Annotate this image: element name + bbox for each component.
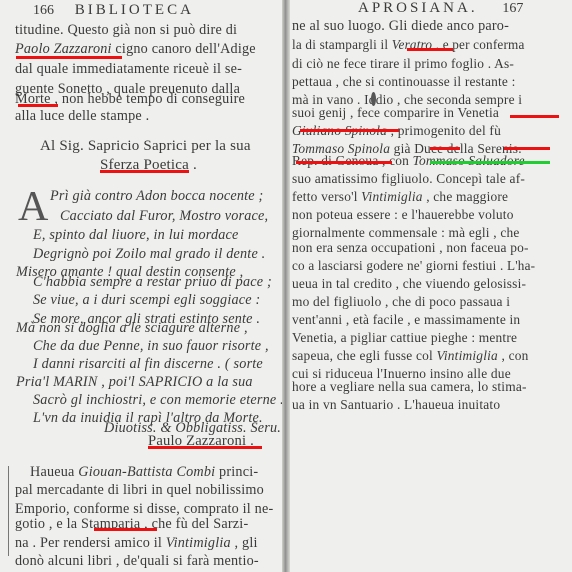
text-line: non era senza occupationi , non faceua p… bbox=[292, 239, 529, 256]
underline-annotation bbox=[100, 170, 189, 173]
sonnet-line: C'habbia sempre a restar priuo di pace ; bbox=[33, 274, 272, 291]
left-page: 166 BIBLIOTECA titudine. Questo già non … bbox=[0, 0, 282, 572]
underline-annotation bbox=[296, 161, 392, 164]
underline-annotation bbox=[504, 147, 550, 150]
text-line: hore a vegliare nella sua camera, lo sti… bbox=[292, 378, 527, 395]
running-head-left: 166 BIBLIOTECA bbox=[33, 2, 194, 19]
sonnet-line: I danni risarciti al fin discerne . ( so… bbox=[33, 356, 263, 373]
underline-annotation bbox=[407, 48, 453, 51]
text-line: pal mercadante di libri in quel nobiliss… bbox=[15, 482, 264, 499]
text-line: non poteua essere : e l'hauerebbe voluto bbox=[292, 206, 514, 223]
text-line: Haueua Giouan-Battista Combi princi- bbox=[30, 464, 258, 481]
sonnet-line: Pria'l MARIN , poi'l SAPRICIO a la sua bbox=[16, 374, 253, 391]
person-name: Giouan-Battista Combi bbox=[78, 464, 215, 480]
underline-annotation bbox=[148, 446, 262, 449]
sonnet-line: Se viue, a i duri scempi egli soggiace : bbox=[33, 292, 260, 309]
running-head-right: APROSIANA. 167 bbox=[358, 0, 523, 17]
page-number: 167 bbox=[502, 1, 523, 16]
running-head-title: BIBLIOTECA bbox=[75, 2, 194, 18]
text-line: sapeua, che egli fusse col Vintimiglia ,… bbox=[292, 347, 529, 364]
dedication-line: Al Sig. Sapricio Saprici per la sua bbox=[40, 138, 251, 155]
page-number: 166 bbox=[33, 3, 54, 18]
underline-annotation bbox=[94, 528, 157, 531]
text-line: ueua in tal credito , che viuendo gelosi… bbox=[292, 275, 526, 292]
highlight-annotation-green bbox=[430, 161, 550, 164]
text-line: suoi genij , fece comparire in Venetia bbox=[292, 104, 499, 121]
sonnet-line: Sacrò gl inchiostri, e con memorie etern… bbox=[33, 392, 284, 409]
margin-mark bbox=[8, 466, 9, 556]
text-line: titudine. Questo già non si può dire di bbox=[15, 22, 237, 39]
text-line: pettaua , che si continouasse il restant… bbox=[292, 73, 516, 90]
underline-annotation bbox=[16, 56, 122, 59]
text-line: mo del figliuolo , che di poco passaua i bbox=[292, 293, 510, 310]
underline-annotation bbox=[510, 115, 559, 118]
text-line: vent'anni , età facile , e massimamente … bbox=[292, 311, 520, 328]
text-line: ua in vn Santuario . L'haueua inuitato bbox=[292, 396, 500, 413]
person-name: Paolo Zazzaroni bbox=[15, 41, 112, 57]
text-line: dal quale immediatamente riceuè il se- bbox=[15, 61, 242, 78]
underline-annotation bbox=[430, 147, 460, 150]
underline-annotation bbox=[18, 104, 58, 107]
text-line: suo amatissimo figliuolo. Concepì tale a… bbox=[292, 170, 525, 187]
book-gutter bbox=[282, 0, 290, 572]
sonnet-line: Che da due Penne, in suo fauor risorte , bbox=[33, 338, 269, 355]
text-line: di ciò ne fece tirare il primo foglio . … bbox=[292, 55, 514, 72]
running-head-title: APROSIANA. bbox=[358, 0, 478, 16]
sonnet-line: E, spinto dal liuore, in lui mordace bbox=[33, 227, 239, 244]
text-line: na . Per rendersi amico il Vintimiglia ,… bbox=[15, 535, 258, 552]
book-spread: 166 BIBLIOTECA titudine. Questo già non … bbox=[0, 0, 572, 572]
right-page: APROSIANA. 167 ne al suo luogo. Gli died… bbox=[290, 0, 572, 572]
drop-cap: A bbox=[18, 186, 48, 228]
text-line: alla luce delle stampe . bbox=[15, 108, 149, 125]
text-line: Venetia, a pigliar cattiue pieghe : ment… bbox=[292, 329, 517, 346]
text-line: ne al suo luogo. Gli diede anco paro- bbox=[292, 18, 509, 35]
sonnet-line: Degrignò poi Zoilo mal grado il dente . bbox=[33, 246, 265, 263]
text-line: fetto verso'l Vintimiglia , che maggiore bbox=[292, 188, 508, 205]
sonnet-line: Mà non si doglia a le sciagure alterne , bbox=[16, 320, 248, 337]
text-line: donò alcuni libri , de'quali si farà men… bbox=[15, 553, 259, 570]
text-line: co a lasciarsi godere ne' giorni festiui… bbox=[292, 257, 535, 274]
sonnet-line: Cacciato dal Furor, Mostro vorace, bbox=[60, 208, 268, 225]
underline-annotation bbox=[300, 129, 399, 132]
sonnet-line: Prì già contro Adon bocca nocente ; bbox=[50, 188, 263, 205]
